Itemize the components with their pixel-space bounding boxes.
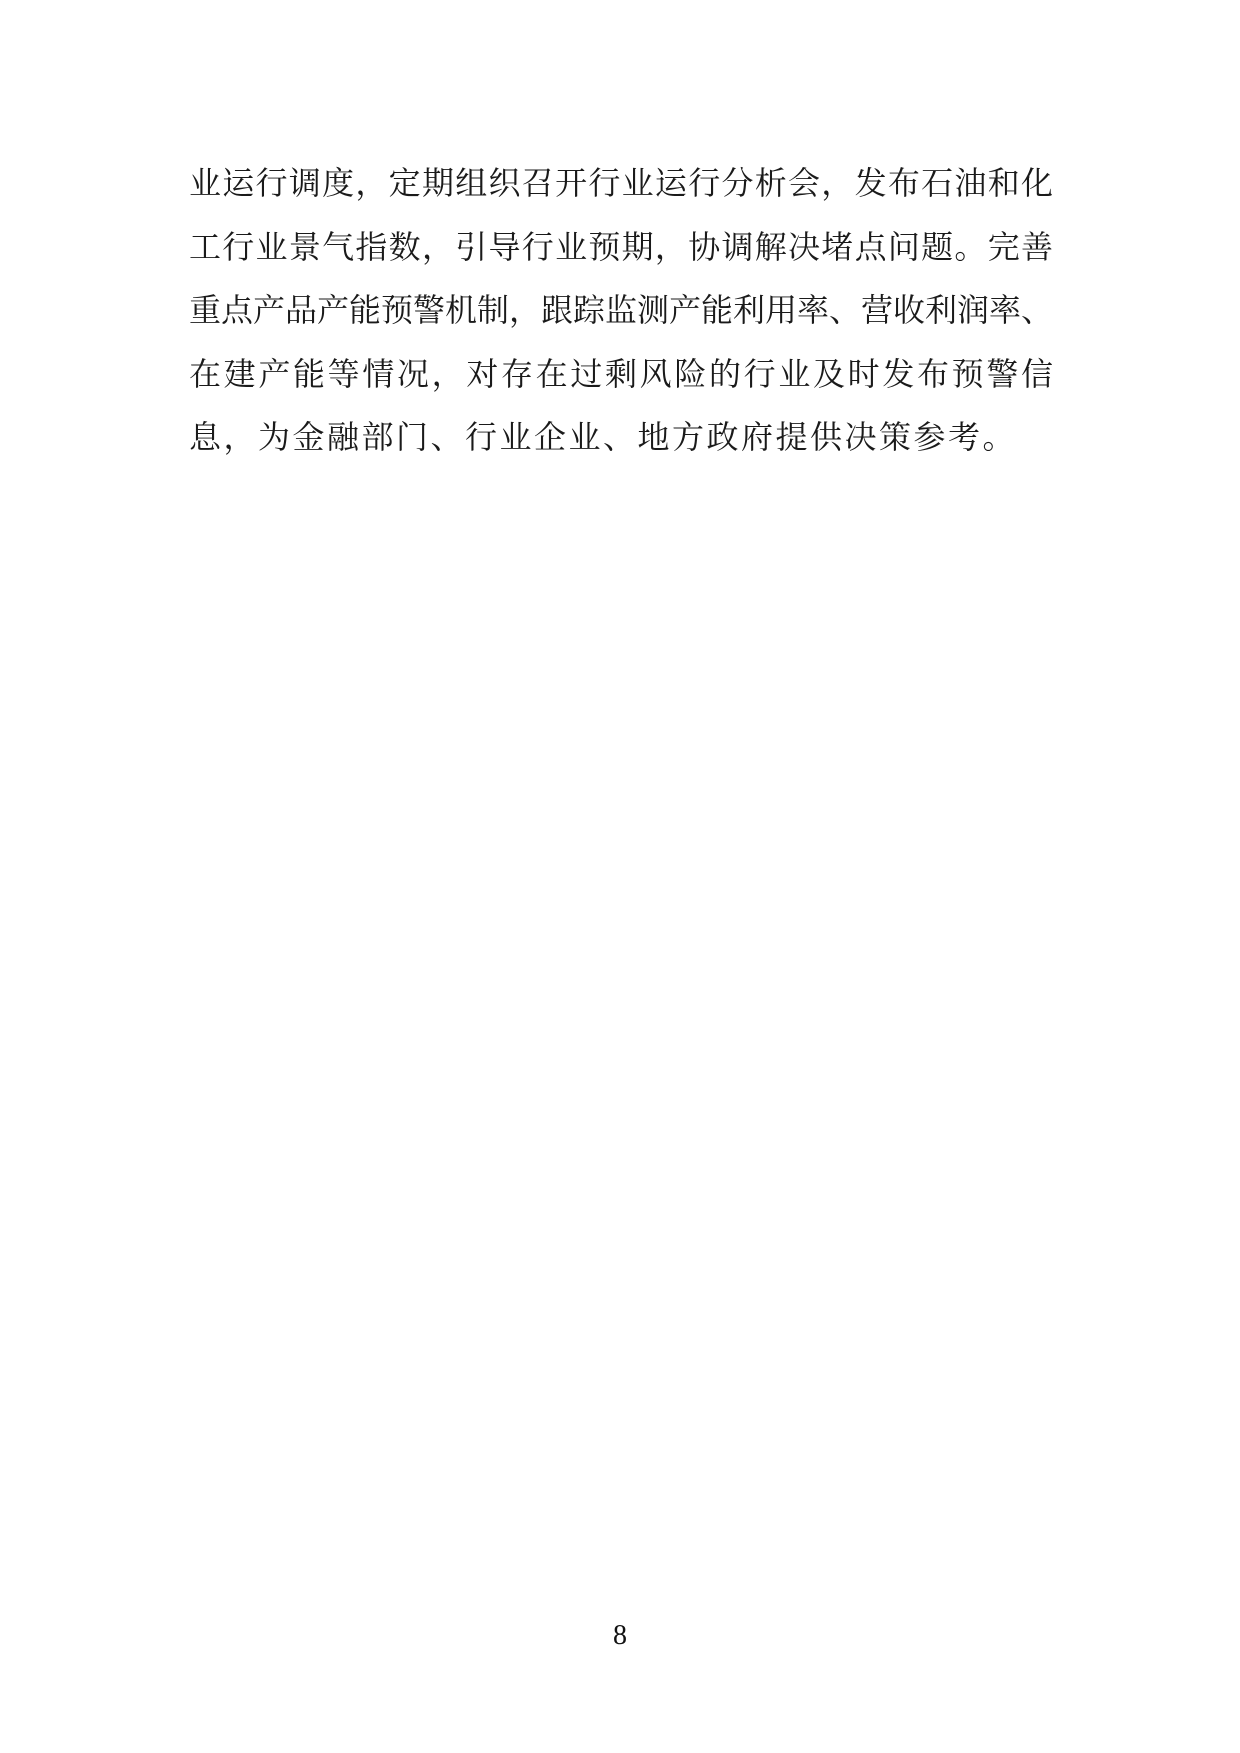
paragraph-block: 业运行调度，定期组织召开行业运行分析会，发布石油和化 工行业景气指数，引导行业预… (189, 152, 1053, 470)
paragraph-line: 在建产能等情况，对存在过剩风险的行业及时发布预警信 (189, 343, 1053, 407)
paragraph-line: 息，为金融部门、行业企业、地方政府提供决策参考。 (189, 406, 1053, 470)
paragraph-line: 重点产品产能预警机制，跟踪监测产能利用率、营收利润率、 (189, 279, 1053, 343)
document-page: 业运行调度，定期组织召开行业运行分析会，发布石油和化 工行业景气指数，引导行业预… (0, 0, 1240, 1753)
paragraph-line: 业运行调度，定期组织召开行业运行分析会，发布石油和化 (189, 152, 1053, 216)
page-footer: 8 (0, 1622, 1240, 1650)
paragraph-line: 工行业景气指数，引导行业预期，协调解决堵点问题。完善 (189, 216, 1053, 280)
page-number: 8 (613, 1620, 627, 1651)
